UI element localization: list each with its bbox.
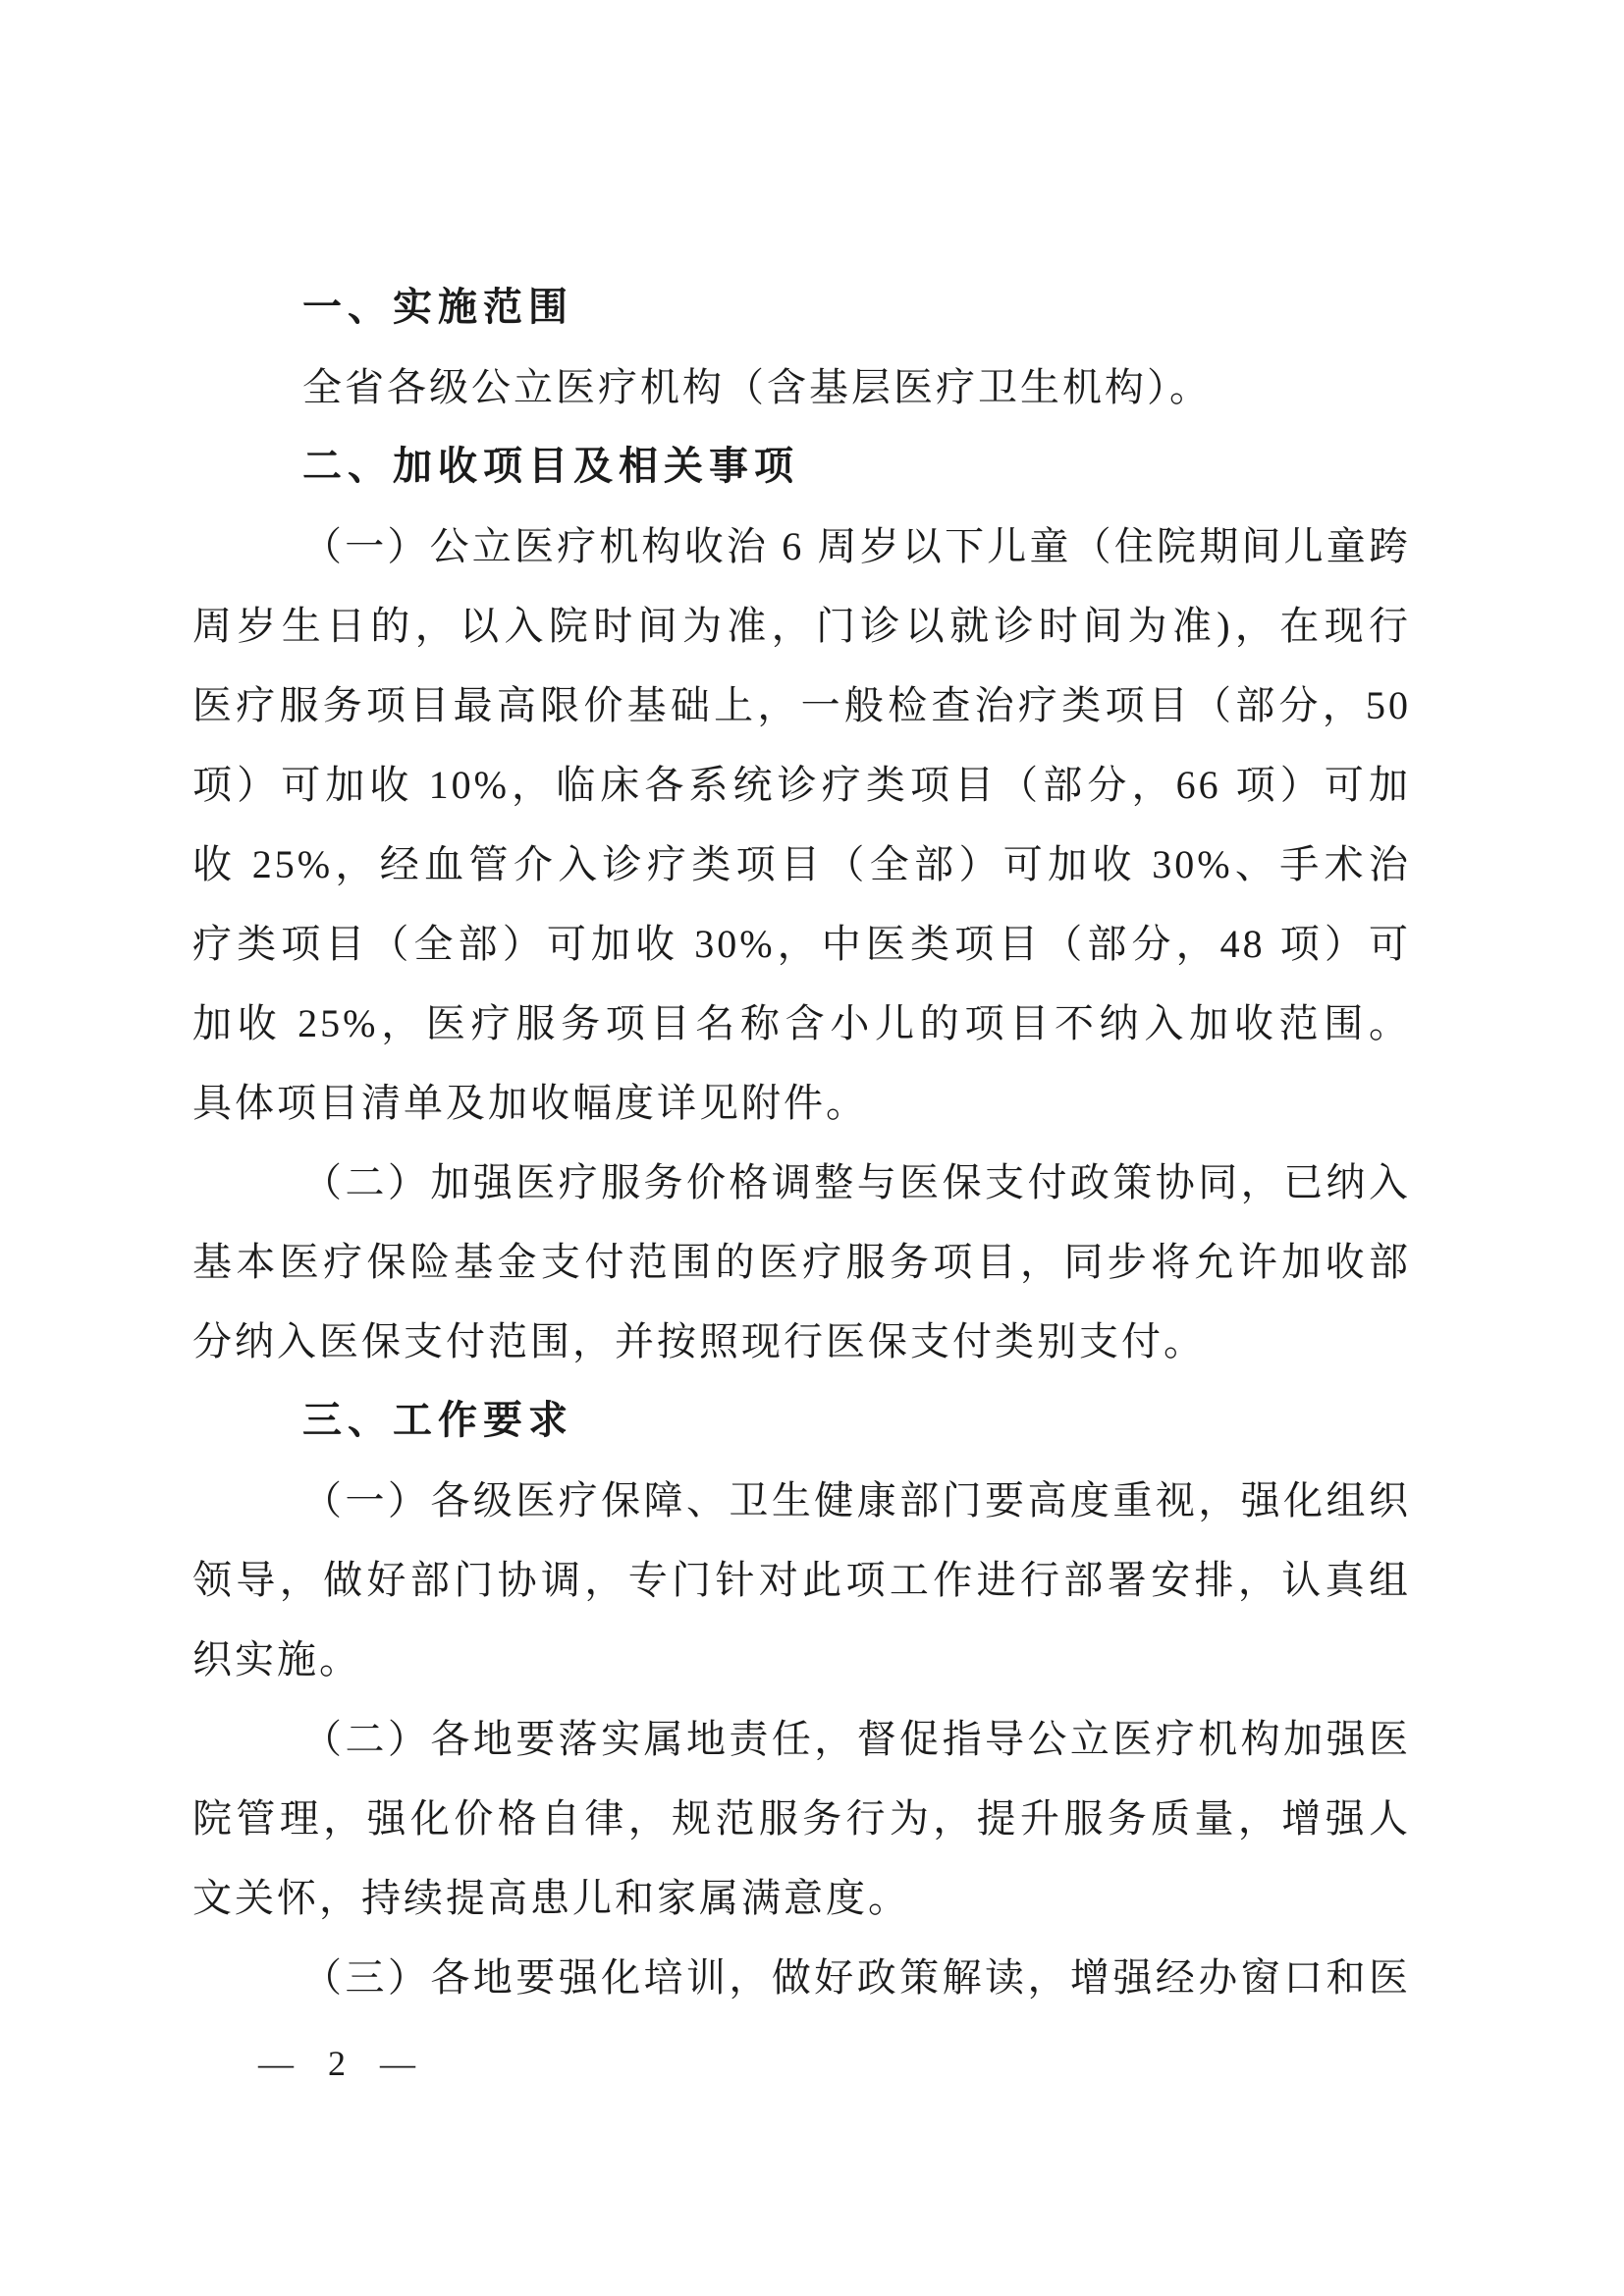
body-line-p4-1: （二）各地要落实属地责任，督促指导公立医疗机构加强医 [192, 1699, 1411, 1779]
document-page: 一、实施范围 全省各级公立医疗机构（含基层医疗卫生机构）。 二、加收项目及相关事… [0, 0, 1624, 2296]
body-line-p1-7: 加收 25%，医疗服务项目名称含小儿的项目不纳入加收范围。 [192, 984, 1411, 1063]
body-line-p1-2: 周岁生日的，以入院时间为准，门诊以就诊时间为准)，在现行 [192, 586, 1411, 666]
body-line-p4-2: 院管理，强化价格自律，规范服务行为，提升服务质量，增强人 [192, 1779, 1411, 1858]
body-line-p4-3: 文关怀，持续提高患儿和家属满意度。 [192, 1858, 1411, 1938]
body-line-p2-3: 分纳入医保支付范围，并按照现行医保支付类别支付。 [192, 1302, 1411, 1381]
body-line-p3-1: （一）各级医疗保障、卫生健康部门要高度重视，强化组织 [192, 1461, 1411, 1540]
heading-section-2: 二、加收项目及相关事项 [192, 427, 1411, 507]
body-line-p1-4: 项）可加收 10%，临床各系统诊疗类项目（部分，66 项）可加 [192, 745, 1411, 825]
body-line-p3-2: 领导，做好部门协调，专门针对此项工作进行部署安排，认真组 [192, 1540, 1411, 1620]
body-line-p2-1: （二）加强医疗服务价格调整与医保支付政策协同，已纳入 [192, 1143, 1411, 1222]
footer-dash-right: — [369, 2042, 426, 2085]
page-footer: — 2 — [247, 2042, 426, 2085]
body-line-scope: 全省各级公立医疗机构（含基层医疗卫生机构）。 [192, 347, 1411, 427]
footer-dash-left: — [247, 2042, 304, 2085]
body-line-p1-8: 具体项目清单及加收幅度详见附件。 [192, 1063, 1411, 1143]
body-line-p1-6: 疗类项目（全部）可加收 30%，中医类项目（部分，48 项）可 [192, 904, 1411, 984]
page-number: 2 [328, 2042, 346, 2085]
body-line-p5-1: （三）各地要强化培训，做好政策解读，增强经办窗口和医 [192, 1938, 1411, 2017]
heading-section-1: 一、实施范围 [192, 268, 1411, 347]
body-line-p1-5: 收 25%，经血管介入诊疗类项目（全部）可加收 30%、手术治 [192, 825, 1411, 904]
document-body: 一、实施范围 全省各级公立医疗机构（含基层医疗卫生机构）。 二、加收项目及相关事… [192, 268, 1411, 2017]
body-line-p1-1: （一）公立医疗机构收治 6 周岁以下儿童（住院期间儿童跨 [192, 507, 1411, 586]
heading-section-3: 三、工作要求 [192, 1381, 1411, 1461]
body-line-p1-3: 医疗服务项目最高限价基础上，一般检查治疗类项目（部分，50 [192, 666, 1411, 745]
body-line-p2-2: 基本医疗保险基金支付范围的医疗服务项目，同步将允许加收部 [192, 1222, 1411, 1302]
body-line-p3-3: 织实施。 [192, 1620, 1411, 1699]
